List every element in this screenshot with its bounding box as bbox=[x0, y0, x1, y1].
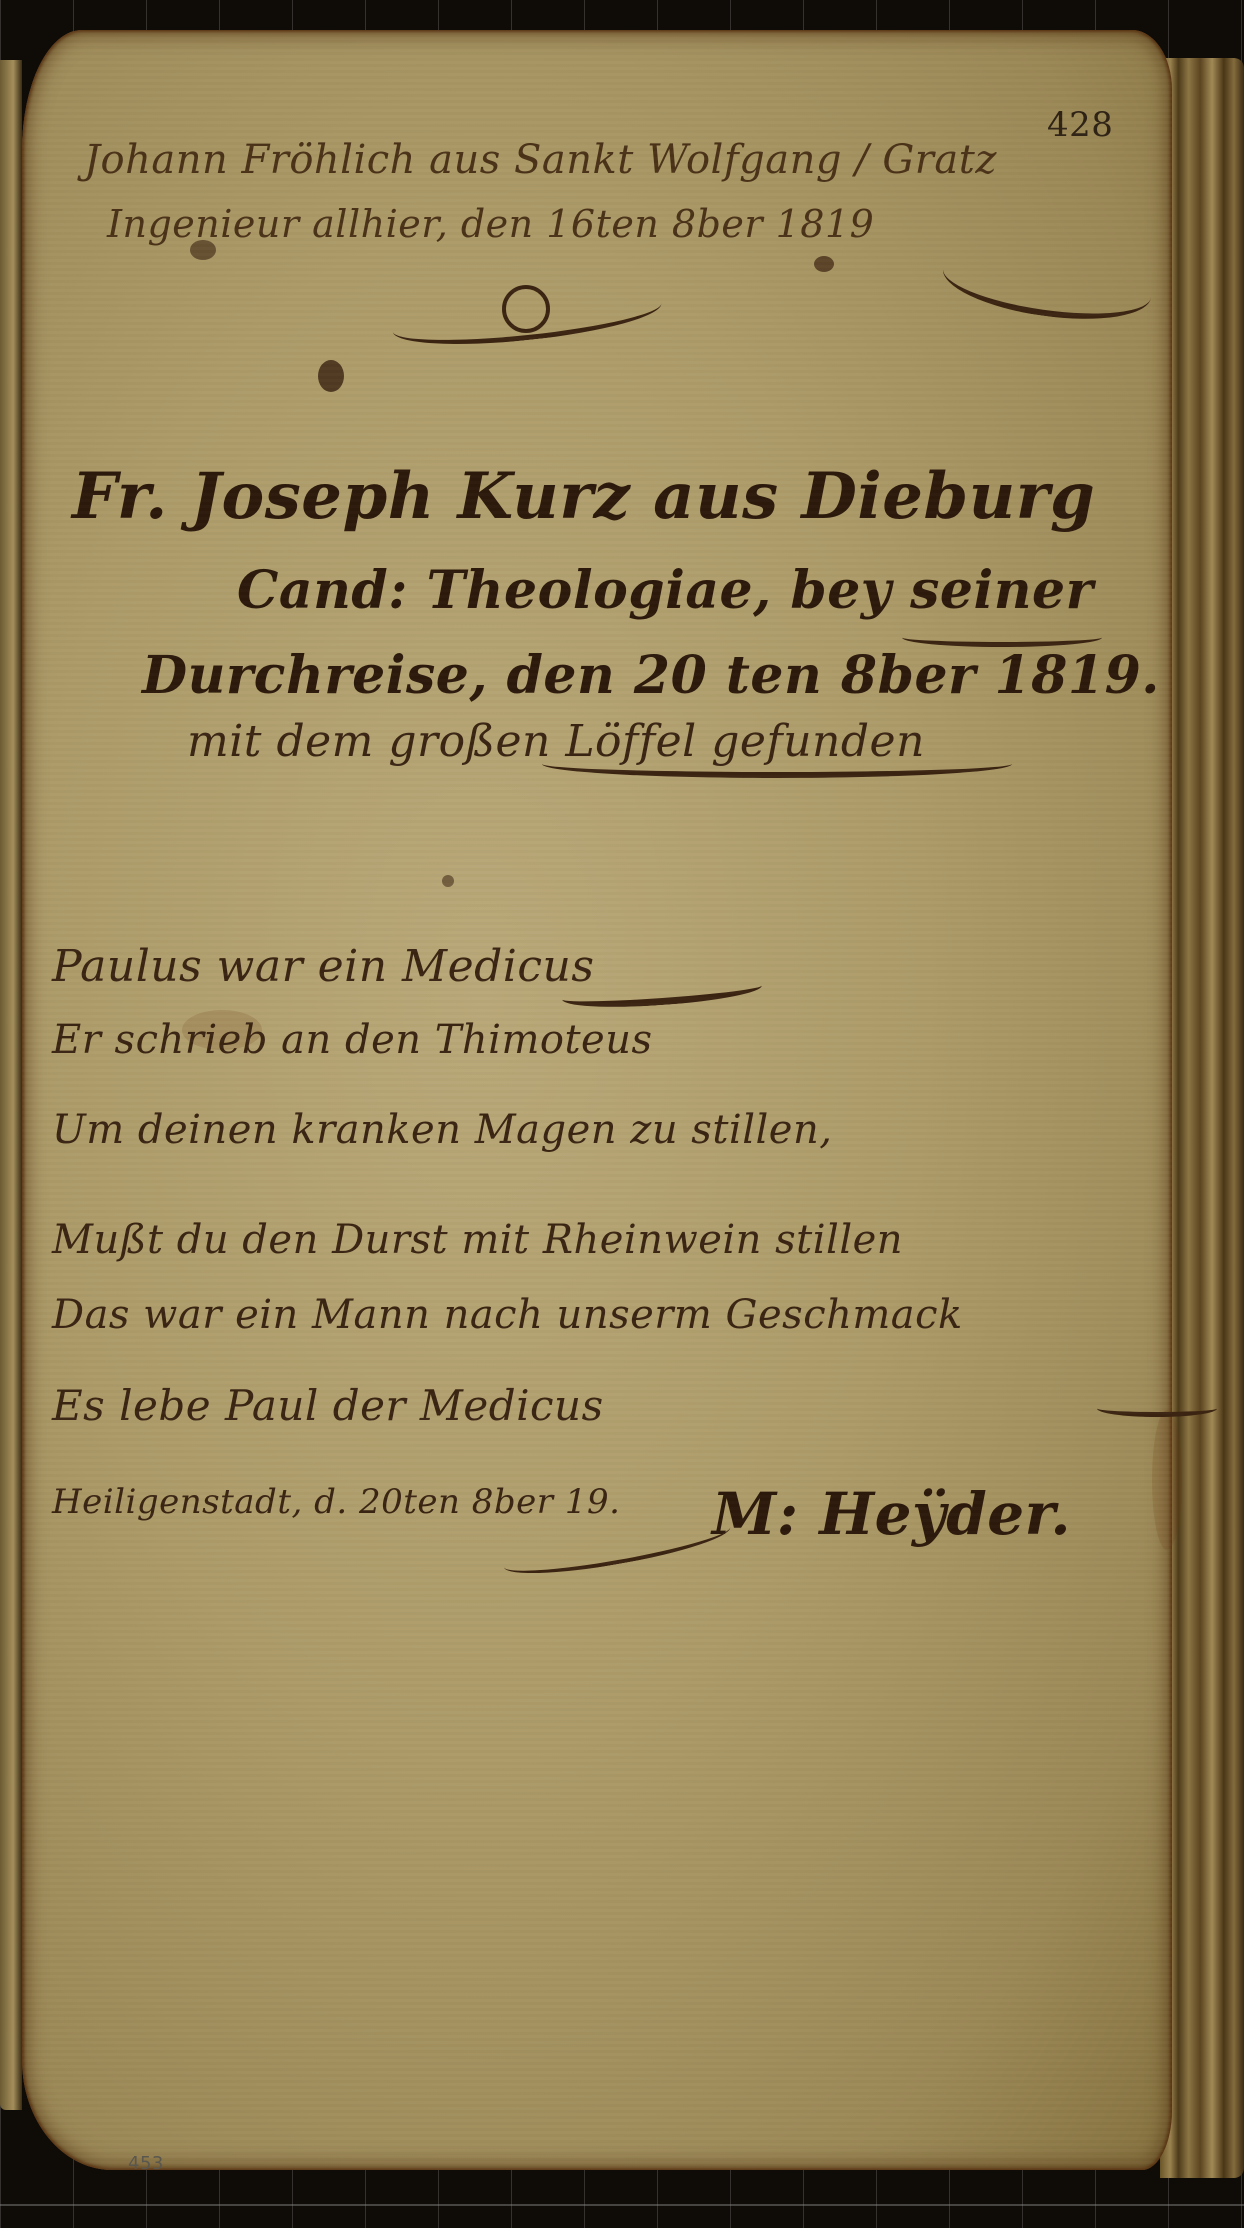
verse-line-1: Paulus war ein Medicus bbox=[52, 945, 594, 989]
verse-line-5: Das war ein Mann nach unserm Geschmack bbox=[52, 1295, 963, 1335]
page-stack-fore-edge bbox=[1160, 58, 1244, 2178]
main-line-4: mit dem großen Löffel gefunden bbox=[187, 720, 925, 764]
header-line-2: Ingenieur allhier, den 16ten 8ber 1819 bbox=[107, 205, 874, 243]
main-line-2: Cand: Theologiae, bey seiner bbox=[237, 565, 1094, 617]
header-line-1: Johann Fröhlich aus Sankt Wolfgang / Gra… bbox=[84, 140, 997, 180]
ink-loop bbox=[502, 285, 550, 333]
facing-page-edge bbox=[0, 60, 22, 2110]
pencil-page-number: 453 bbox=[128, 2155, 164, 2173]
verse-line-6: Es lebe Paul der Medicus bbox=[52, 1385, 604, 1427]
manuscript-page: 428 Johann Fröhlich aus Sankt Wolfgang /… bbox=[22, 30, 1172, 2170]
main-line-1: Fr. Joseph Kurz aus Dieburg bbox=[72, 465, 1095, 529]
main-line-3: Durchreise, den 20 ten 8ber 1819. bbox=[142, 650, 1160, 702]
ink-blot bbox=[318, 360, 344, 392]
ink-blot bbox=[442, 875, 454, 887]
verse-line-4: Mußt du den Durst mit Rheinwein stillen bbox=[52, 1220, 903, 1260]
grid-line bbox=[0, 2204, 1244, 2206]
verse-line-2: Er schrieb an den Thimoteus bbox=[52, 1020, 653, 1060]
signature: M: Heÿder. bbox=[712, 1485, 1071, 1543]
ink-blot bbox=[814, 256, 834, 272]
ink-flourish bbox=[390, 281, 663, 354]
ink-blot bbox=[190, 240, 216, 260]
verse-line-3: Um deinen kranken Magen zu stillen, bbox=[52, 1110, 832, 1150]
folio-number: 428 bbox=[1047, 108, 1113, 142]
stain bbox=[1152, 1410, 1182, 1550]
ink-flourish bbox=[938, 236, 1155, 331]
place-date-line: Heiligenstadt, d. 20ten 8ber 19. bbox=[52, 1485, 620, 1519]
